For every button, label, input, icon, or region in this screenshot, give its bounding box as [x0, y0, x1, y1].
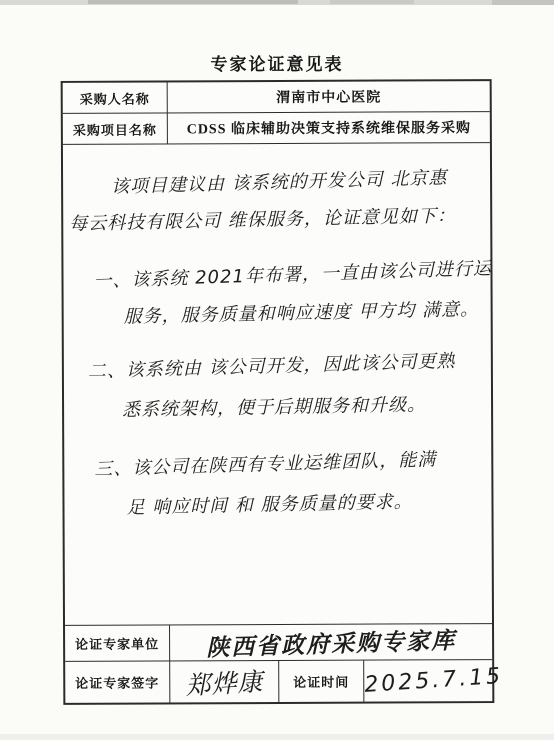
row-expert-signature: 论证专家签字 郑烨康 论证时间 2025.7.15	[65, 660, 492, 703]
project-name-value: CDSS 临床辅助决策支持系统维保服务采购	[168, 112, 490, 143]
review-time-label: 论证时间	[279, 661, 364, 702]
review-time-cell: 2025.7.15	[364, 660, 503, 702]
project-name-label: 采购项目名称	[63, 113, 168, 143]
opinion-line: 一、该系统 2021年布署，一直由该公司进行运维	[63, 253, 491, 299]
purchaser-name-label: 采购人名称	[63, 82, 168, 112]
opinion-line: 每云科技有限公司 维保服务，论证意见如下：	[63, 200, 491, 241]
opinion-line: 悉系统架构，便于后期服务和升级。	[64, 388, 492, 428]
scan-edge-smudge	[330, 0, 414, 4]
expert-opinion-table: 采购人名称 渭南市中心医院 采购项目名称 CDSS 临床辅助决策支持系统维保服务…	[61, 79, 495, 705]
expert-unit-cell: 陕西省政府采购专家库	[170, 624, 492, 660]
expert-signature-handwritten: 郑烨康	[184, 662, 264, 702]
row-expert-unit: 论证专家单位 陕西省政府采购专家库	[65, 624, 492, 662]
expert-signature-cell: 郑烨康	[170, 661, 279, 702]
scan-edge-smudge	[88, 0, 298, 4]
opinion-line: 二、该系统由 该公司开发，因此该公司更熟	[63, 345, 491, 389]
row-project-name: 采购项目名称 CDSS 临床辅助决策支持系统维保服务采购	[63, 112, 490, 145]
expert-unit-label: 论证专家单位	[65, 625, 170, 660]
purchaser-name-value: 渭南市中心医院	[168, 81, 490, 112]
scan-edge-smudge	[492, 0, 554, 5]
opinion-line: 三、该公司在陕西有专业运维团队，能满	[64, 443, 492, 487]
scan-edge-artifact	[0, 734, 554, 740]
opinion-line: 足 响应时间 和 服务质量的要求。	[64, 485, 492, 526]
row-purchaser-name: 采购人名称 渭南市中心医院	[63, 81, 490, 114]
expert-unit-handwritten: 陕西省政府采购专家库	[206, 622, 457, 663]
opinion-line: 该项目建议由 该系统的开发公司 北京惠	[63, 161, 490, 205]
form-title: 专家论证意见表	[0, 50, 554, 75]
scanned-document-page: 专家论证意见表 采购人名称 渭南市中心医院 采购项目名称 CDSS 临床辅助决策…	[0, 0, 554, 740]
review-date-handwritten: 2025.7.15	[364, 664, 504, 698]
opinion-line: 服务，服务质量和响应速度 甲方均 满意。	[63, 294, 491, 335]
expert-signature-label: 论证专家签字	[65, 661, 170, 702]
handwritten-opinion-cell: 该项目建议由 该系统的开发公司 北京惠 每云科技有限公司 维保服务，论证意见如下…	[63, 143, 492, 626]
